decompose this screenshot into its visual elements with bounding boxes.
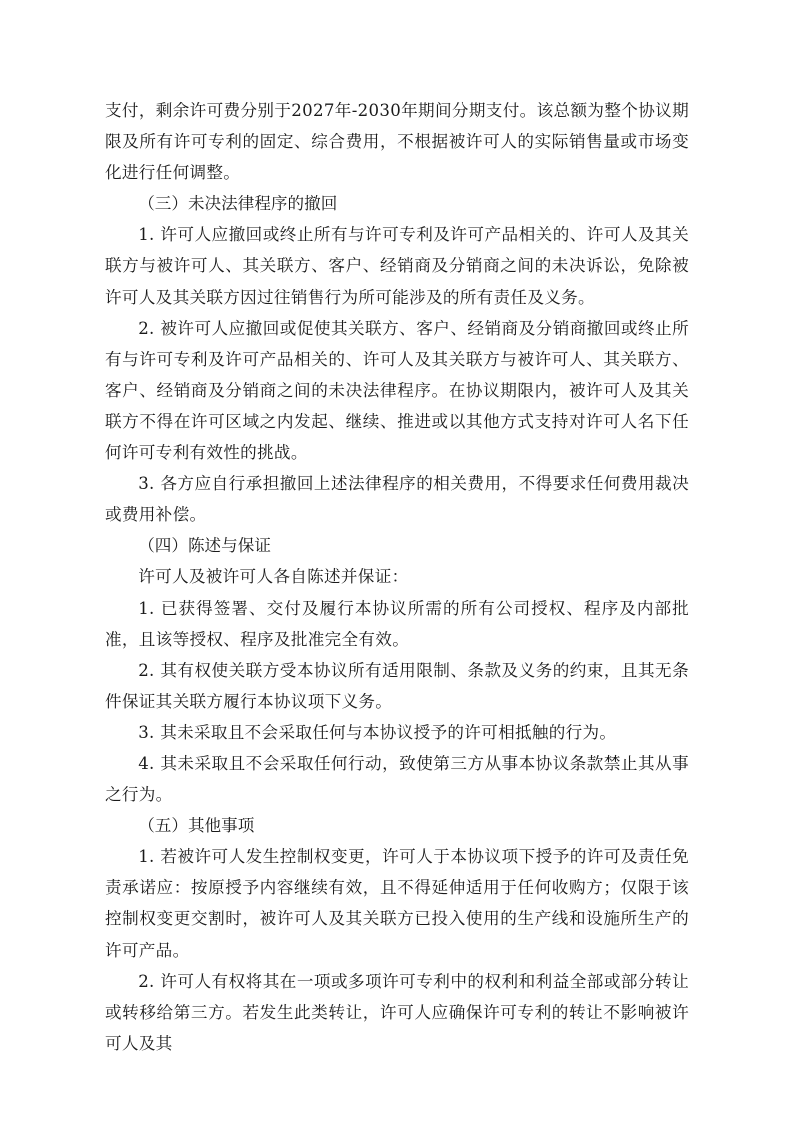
paragraph-item: 3. 各方应自行承担撤回上述法律程序的相关费用，不得要求任何费用裁决或费用补偿。 bbox=[105, 468, 689, 530]
paragraph-item: 2. 其有权使关联方受本协议所有适用限制、条款及义务的约束，且其无条件保证其关联… bbox=[105, 655, 689, 717]
section-heading-4: （四）陈述与保证 bbox=[105, 530, 689, 561]
section-heading-5: （五）其他事项 bbox=[105, 810, 689, 841]
paragraph-intro: 许可人及被许可人各自陈述并保证： bbox=[105, 561, 689, 592]
paragraph-item: 1. 已获得签署、交付及履行本协议所需的所有公司授权、程序及内部批准，且该等授权… bbox=[105, 593, 689, 655]
paragraph-item: 2. 被许可人应撤回或促使其关联方、客户、经销商及分销商撤回或终止所有与许可专利… bbox=[105, 313, 689, 468]
paragraph-item: 1. 许可人应撤回或终止所有与许可专利及许可产品相关的、许可人及其关联方与被许可… bbox=[105, 219, 689, 312]
paragraph-item: 3. 其未采取且不会采取任何与本协议授予的许可相抵触的行为。 bbox=[105, 717, 689, 748]
paragraph-item: 4. 其未采取且不会采取任何行动，致使第三方从事本协议条款禁止其从事之行为。 bbox=[105, 748, 689, 810]
paragraph-continuation: 支付，剩余许可费分别于2027年-2030年期间分期支付。该总额为整个协议期限及… bbox=[105, 95, 689, 188]
paragraph-item: 1. 若被许可人发生控制权变更，许可人于本协议项下授予的许可及责任免责承诺应：按… bbox=[105, 841, 689, 965]
section-heading-3: （三）未决法律程序的撤回 bbox=[105, 188, 689, 219]
document-page: 支付，剩余许可费分别于2027年-2030年期间分期支付。该总额为整个协议期限及… bbox=[105, 95, 689, 1059]
paragraph-item: 2. 许可人有权将其在一项或多项许可专利中的权利和利益全部或部分转让或转移给第三… bbox=[105, 966, 689, 1059]
